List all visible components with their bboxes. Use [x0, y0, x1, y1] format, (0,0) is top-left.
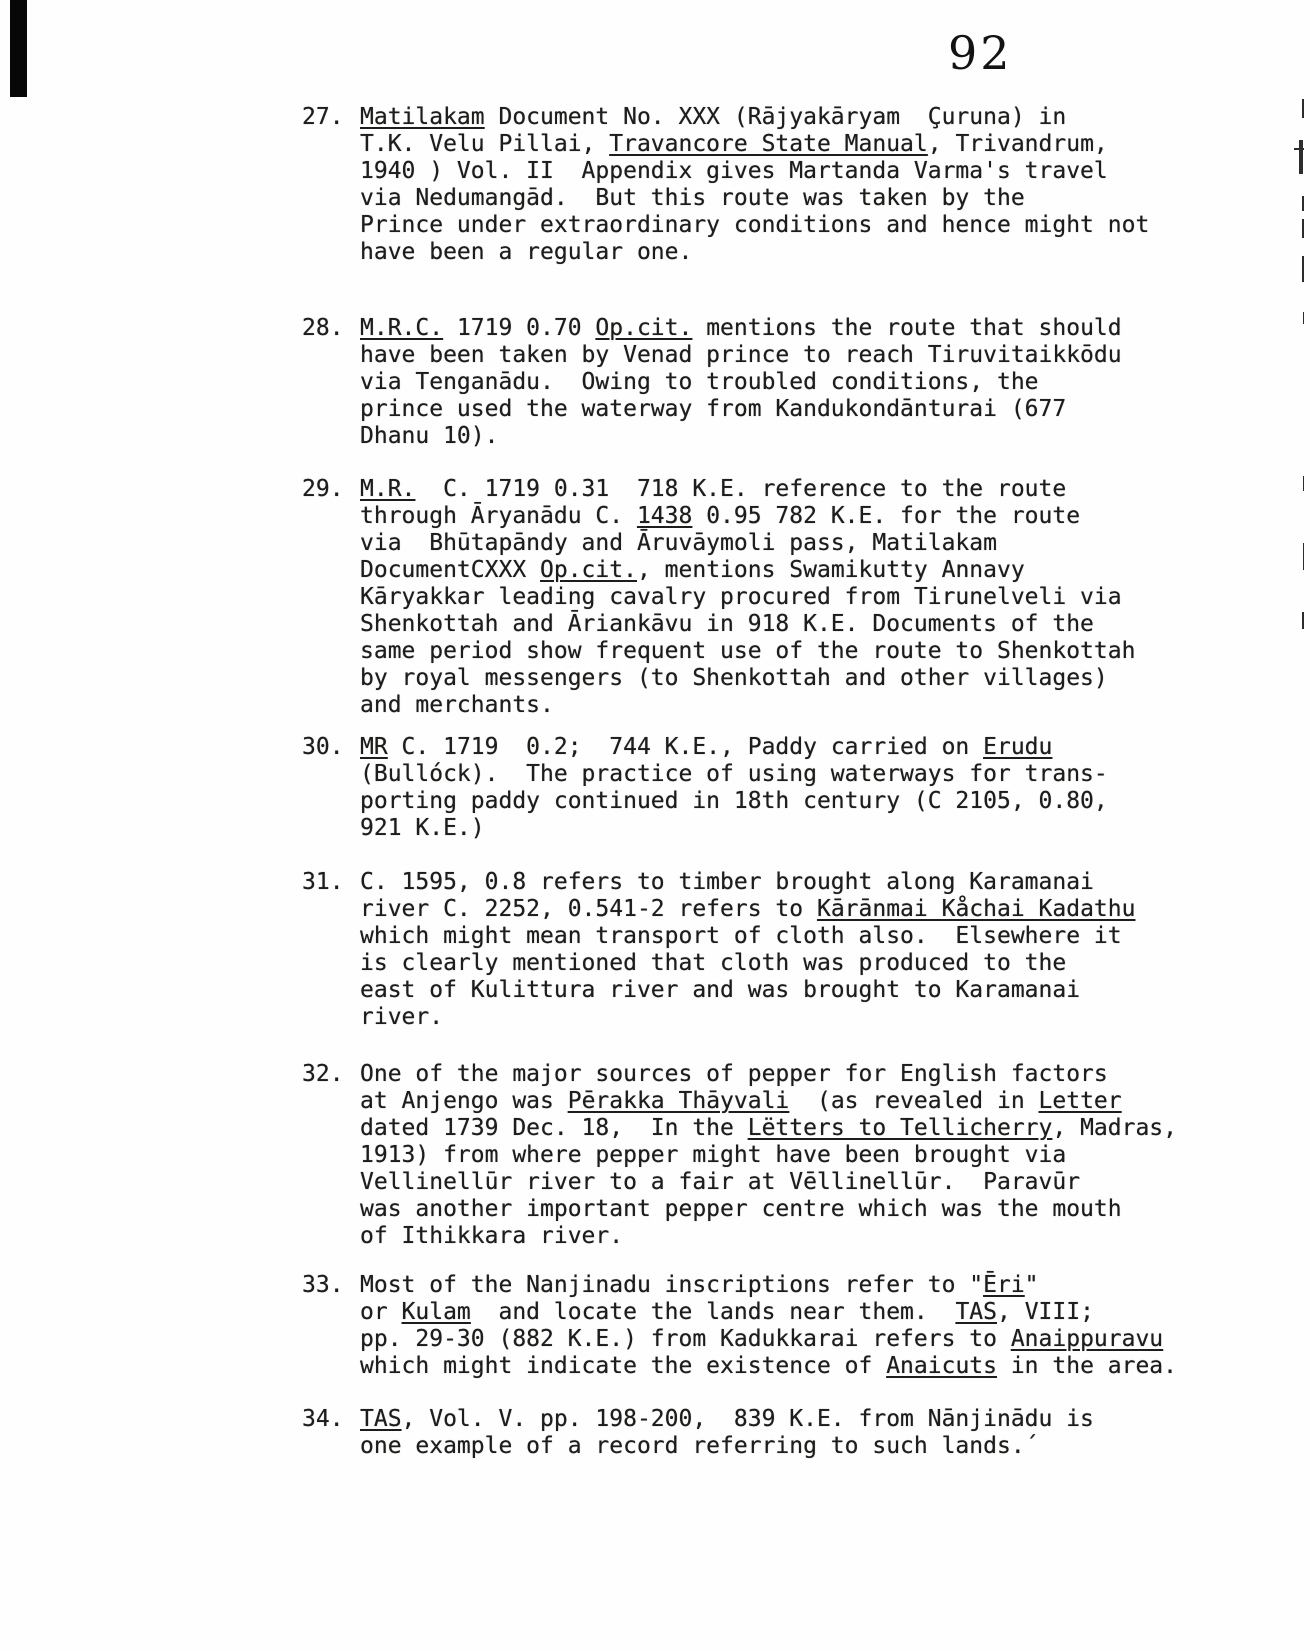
note-item: 33.Most of the Nanjinadu inscriptions re… [302, 1272, 1177, 1380]
note-text: One of the major sources of pepper for E… [360, 1061, 1177, 1250]
note-text-segment: which might mean transport of cloth also… [360, 923, 1122, 1030]
underlined-term: Letter [1039, 1088, 1122, 1114]
note-text: MR C. 1719 0.2; 744 K.E., Paddy carried … [360, 734, 1108, 842]
underlined-term: Op.cit. [595, 315, 692, 341]
scan-artifact-dash [1302, 99, 1304, 118]
underlined-term: Matilakam [360, 104, 485, 130]
scan-artifact-dash [1302, 219, 1304, 238]
note-number: 34. [302, 1406, 360, 1433]
notes-list: 27.Matilakam Document No. XXX (Rājyakāry… [0, 0, 1310, 1651]
underlined-term: Anaippuravu [1011, 1326, 1163, 1352]
underlined-term: Lëtters to Tellicherry [748, 1115, 1053, 1141]
note-text: TAS, Vol. V. pp. 198-200, 839 K.E. from … [360, 1406, 1094, 1460]
note-number: 30. [302, 734, 360, 761]
scan-artifact-dash [1299, 140, 1303, 174]
note-item: 31.C. 1595, 0.8 refers to timber brought… [302, 869, 1135, 1031]
underlined-term: Pērakka Thāyvali [568, 1088, 790, 1114]
scan-artifact-dash [1302, 196, 1304, 211]
underlined-term: Travancore State Manual [609, 131, 928, 157]
note-item: 27.Matilakam Document No. XXX (Rājyakāry… [302, 104, 1149, 266]
underlined-term: M.R.C. [360, 315, 443, 341]
note-text-segment: in the area. [997, 1353, 1177, 1379]
note-text-segment: which might indicate the existence of [360, 1353, 886, 1379]
note-item: 30.MR C. 1719 0.2; 744 K.E., Paddy carri… [302, 734, 1108, 842]
note-text-segment: 1719 0.70 [443, 315, 595, 341]
note-number: 31. [302, 869, 360, 896]
scan-artifact-dash [1303, 476, 1304, 491]
note-text-segment: C. 1719 0.2; 744 K.E., Paddy carried on [388, 734, 983, 760]
note-number: 29. [302, 476, 360, 503]
note-number: 28. [302, 315, 360, 342]
scan-artifact-dash [1294, 148, 1304, 150]
note-item: 29.M.R. C. 1719 0.31 718 K.E. reference … [302, 476, 1135, 719]
note-text: Most of the Nanjinadu inscriptions refer… [360, 1272, 1177, 1380]
note-text: M.R. C. 1719 0.31 718 K.E. reference to … [360, 476, 1135, 719]
underlined-term: Ēri [983, 1272, 1025, 1298]
note-number: 27. [302, 104, 360, 131]
underlined-term: Op.cit. [540, 557, 637, 583]
underlined-term: Erudu [983, 734, 1052, 760]
note-text-segment: , Vol. V. pp. 198-200, 839 K.E. from Nān… [360, 1406, 1094, 1459]
note-item: 34.TAS, Vol. V. pp. 198-200, 839 K.E. fr… [302, 1406, 1094, 1460]
underlined-term: MR [360, 734, 388, 760]
scan-artifact-dash [1302, 612, 1304, 629]
scan-artifact-dash [1303, 543, 1304, 570]
underlined-term: TAS [360, 1406, 402, 1432]
underlined-term: 1438 [637, 503, 692, 529]
note-text-segment: Most of the Nanjinadu inscriptions refer… [360, 1272, 983, 1298]
underlined-term: Kulam [402, 1299, 471, 1325]
note-number: 32. [302, 1061, 360, 1088]
note-number: 33. [302, 1272, 360, 1299]
note-text-segment: dated 1739 Dec. 18, In the [360, 1115, 748, 1141]
note-item: 32.One of the major sources of pepper fo… [302, 1061, 1177, 1250]
document-page: 92 27.Matilakam Document No. XXX (Rājyak… [0, 0, 1310, 1651]
scan-artifact-dash [1302, 256, 1304, 282]
note-text-segment: and locate the lands near them. [471, 1299, 956, 1325]
underlined-term: TAS [955, 1299, 997, 1325]
scan-artifact-dash [1303, 312, 1304, 324]
underlined-term: M.R. [360, 476, 415, 502]
scan-artifact-left-bar [10, 0, 27, 97]
note-text: M.R.C. 1719 0.70 Op.cit. mentions the ro… [360, 315, 1122, 450]
underlined-term: Anaicuts [886, 1353, 997, 1379]
note-text: Matilakam Document No. XXX (Rājyakāryam … [360, 104, 1149, 266]
note-text-segment: (as revealed in [789, 1088, 1038, 1114]
note-item: 28.M.R.C. 1719 0.70 Op.cit. mentions the… [302, 315, 1122, 450]
note-text-segment: (Bullóck). The practice of using waterwa… [360, 761, 1108, 841]
note-text: C. 1595, 0.8 refers to timber brought al… [360, 869, 1135, 1031]
underlined-term: Kārānmai Kåchai Kadathu [817, 896, 1136, 922]
